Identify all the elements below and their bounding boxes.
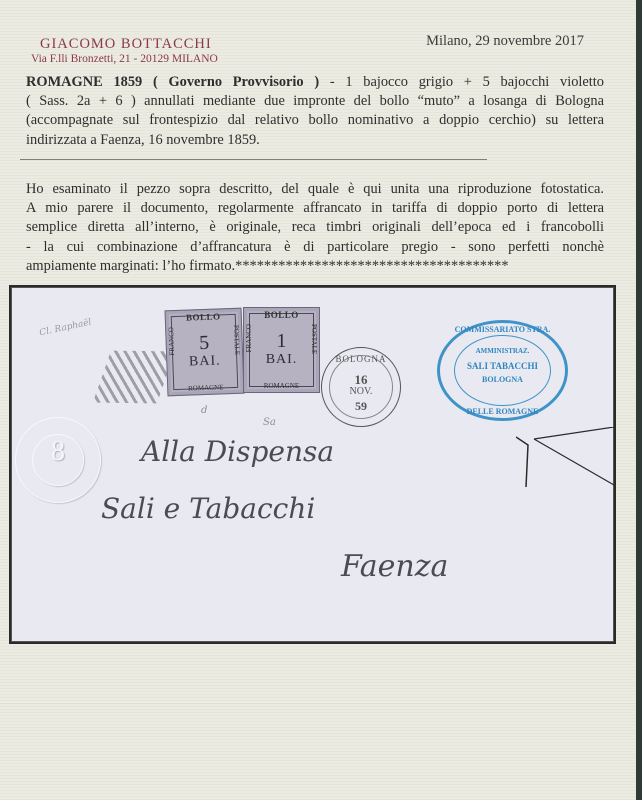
blue-administration-seal: COMMISSARIATO STRA. AMMINISTRAZ. SALI TA…: [437, 320, 568, 421]
opinion-line: ampiamente marginati: l’ho firmato.*****…: [26, 257, 604, 276]
address-line-office: Sali e Tabacchi: [101, 492, 315, 525]
opinion-line: - la cui combinazione d’affrancatura è d…: [26, 238, 604, 257]
stamp-5-bajocchi: BOLLO FRANCO POSTALE 5 BAI. ROMAGNE: [165, 308, 245, 397]
stamp-1-bajocco: BOLLO FRANCO POSTALE 1 BAI. ROMAGNE: [243, 307, 320, 393]
paper-fold: [0, 702, 636, 704]
certificate-sheet: GIACOMO BOTTACCHI Via F.lli Bronzetti, 2…: [0, 0, 636, 800]
address-line-city: Faenza: [341, 549, 448, 584]
opinion-line: A mio parere il documento, regolarmente …: [26, 199, 604, 218]
pencil-mark: d: [201, 405, 207, 416]
description-line: indirizzata a Faenza, 16 novembre 1859.: [26, 131, 604, 150]
expert-opinion: Ho esaminato il pezzo sopra descritto, d…: [26, 180, 604, 276]
item-description: ROMAGNE 1859 ( Governo Provvisorio ) - 1…: [26, 73, 604, 150]
opinion-line: Ho esaminato il pezzo sopra descritto, d…: [26, 180, 604, 199]
pencil-note: Cl. Raphaël: [39, 318, 93, 339]
expert-address: Via F.lli Bronzetti, 21 - 20129 MILANO: [31, 53, 218, 65]
ink-arrow-mark: [516, 427, 616, 497]
description-line: ( Sass. 2a + 6 ) annullati mediante due …: [26, 92, 604, 111]
section-divider: [20, 159, 487, 160]
cover-photo: Cl. Raphaël BOLLO FRANCO POSTALE 5 BAI. …: [9, 285, 616, 644]
expert-name: GIACOMO BOTTACCHI: [40, 36, 212, 53]
opinion-line: semplice diretta all’interno, è original…: [26, 218, 604, 237]
description-line: (accompagnate sul frontespizio dal relat…: [26, 111, 604, 130]
certificate-date: Milano, 29 novembre 2017: [426, 33, 584, 50]
description-line: ROMAGNE 1859 ( Governo Provvisorio ) - 1…: [26, 73, 604, 92]
bologna-postmark: BOLOGNA 16 NOV. 59: [321, 347, 401, 427]
pencil-mark: Sa: [263, 417, 276, 428]
address-line-recipient: Alla Dispensa: [141, 435, 334, 468]
embossed-seal: 8: [15, 417, 101, 503]
